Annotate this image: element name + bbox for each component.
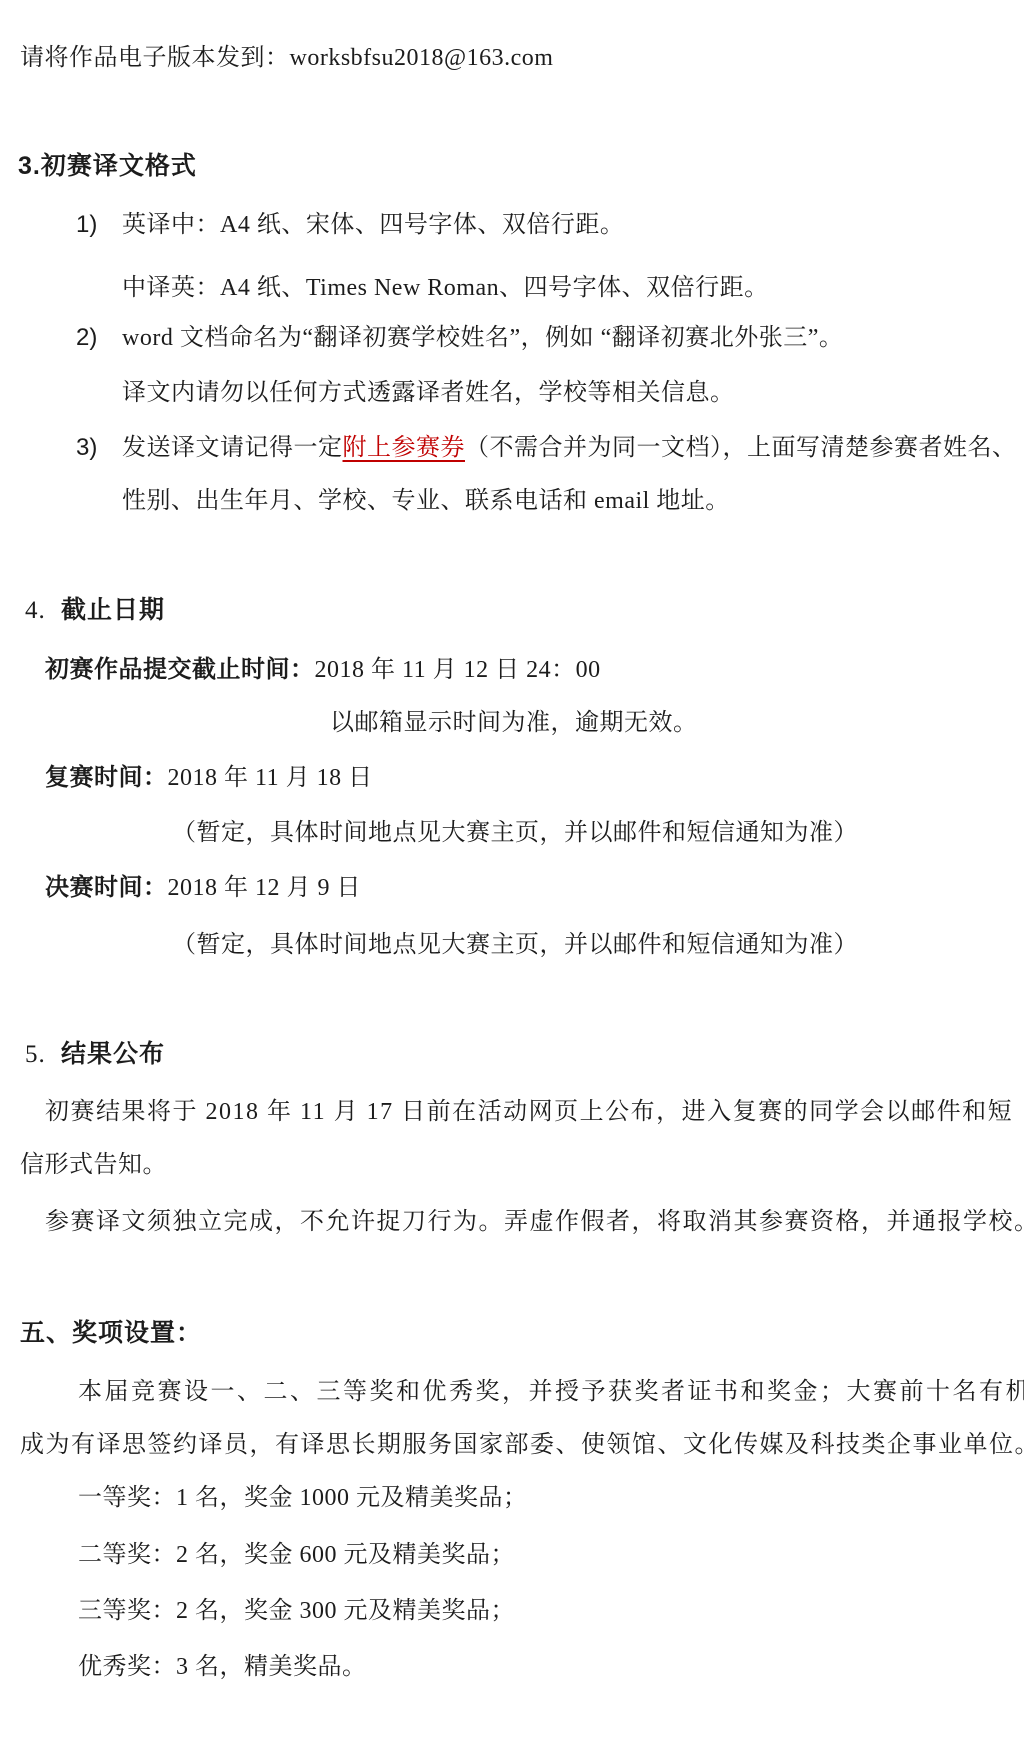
section5-heading: 5.结果公布	[25, 1040, 165, 1070]
section3-heading: 3.初赛译文格式	[18, 151, 197, 181]
section-title: 截止日期	[61, 597, 165, 624]
list-item-continuation: 中译英：A4 纸、Times New Roman、四号字体、双倍行距。	[122, 273, 769, 303]
list-item-text: （不需合并为同一文档），上面写清楚参赛者姓名、	[465, 435, 1017, 461]
list-item-text: 英译中：A4 纸、宋体、四号字体、双倍行距。	[122, 212, 624, 238]
list-number: 1)	[76, 210, 122, 240]
results-paragraph-line: 信形式告知。	[20, 1150, 167, 1180]
semifinal-value: 2018 年 11 月 18 日	[168, 765, 373, 791]
final-line: 决赛时间：2018 年 12 月 9 日	[45, 873, 361, 903]
awards-paragraph-line: 成为有译思签约译员，有译思长期服务国家部委、使领馆、文化传媒及科技类企事业单位。	[20, 1430, 1024, 1460]
list-item-text: 发送译文请记得一定	[122, 435, 343, 461]
deadline-note: 以邮箱显示时间为准，逾期无效。	[330, 708, 698, 738]
final-label: 决赛时间：	[45, 875, 168, 901]
entry-ticket-link[interactable]: 附上参赛券	[343, 435, 466, 461]
final-value: 2018 年 12 月 9 日	[168, 875, 362, 901]
section4-heading: 4.截止日期	[25, 596, 165, 626]
section-number: 4.	[25, 596, 61, 626]
list-item: 1)英译中：A4 纸、宋体、四号字体、双倍行距。	[76, 210, 624, 240]
list-number: 2)	[76, 323, 122, 353]
document-page: 请将作品电子版本发到：worksbfsu2018@163.com 3.初赛译文格…	[0, 0, 1024, 1740]
list-item-continuation: 性别、出生年月、学校、专业、联系电话和 email 地址。	[122, 486, 730, 516]
deadline-line: 初赛作品提交截止时间：2018 年 11 月 12 日 24：00	[45, 655, 601, 685]
submission-email-line: 请将作品电子版本发到：worksbfsu2018@163.com	[20, 43, 553, 73]
list-item-continuation: 译文内请勿以任何方式透露译者姓名，学校等相关信息。	[122, 378, 735, 408]
awards-heading: 五、奖项设置：	[20, 1319, 202, 1349]
list-item: 3)发送译文请记得一定附上参赛券（不需合并为同一文档），上面写清楚参赛者姓名、	[76, 433, 1017, 463]
award-excellence-prize: 优秀奖：3 名，精美奖品。	[78, 1652, 367, 1682]
deadline-value: 2018 年 11 月 12 日 24：00	[315, 657, 601, 683]
deadline-label: 初赛作品提交截止时间：	[45, 657, 315, 683]
list-item-text: word 文档命名为“翻译初赛学校姓名”，例如 “翻译初赛北外张三”。	[122, 325, 843, 351]
section-number: 5.	[25, 1040, 61, 1070]
award-second-prize: 二等奖：2 名，奖金 600 元及精美奖品；	[78, 1540, 515, 1570]
results-paragraph-line: 初赛结果将于 2018 年 11 月 17 日前在活动网页上公布，进入复赛的同学…	[45, 1097, 1013, 1127]
integrity-paragraph: 参赛译文须独立完成，不允许捉刀行为。弄虚作假者，将取消其参赛资格，并通报学校。	[45, 1207, 1024, 1237]
final-note: （暂定，具体时间地点见大赛主页，并以邮件和短信通知为准）	[172, 930, 858, 960]
list-number: 3)	[76, 433, 122, 463]
award-first-prize: 一等奖：1 名，奖金 1000 元及精美奖品；	[78, 1483, 528, 1513]
semifinal-label: 复赛时间：	[45, 765, 168, 791]
semifinal-note: （暂定，具体时间地点见大赛主页，并以邮件和短信通知为准）	[172, 818, 858, 848]
list-item: 2)word 文档命名为“翻译初赛学校姓名”，例如 “翻译初赛北外张三”。	[76, 323, 843, 353]
awards-paragraph-line: 本届竞赛设一、二、三等奖和优秀奖，并授予获奖者证书和奖金；大赛前十名有机会	[78, 1377, 1024, 1407]
award-third-prize: 三等奖：2 名，奖金 300 元及精美奖品；	[78, 1596, 515, 1626]
section-title: 结果公布	[61, 1041, 165, 1068]
semifinal-line: 复赛时间：2018 年 11 月 18 日	[45, 763, 373, 793]
